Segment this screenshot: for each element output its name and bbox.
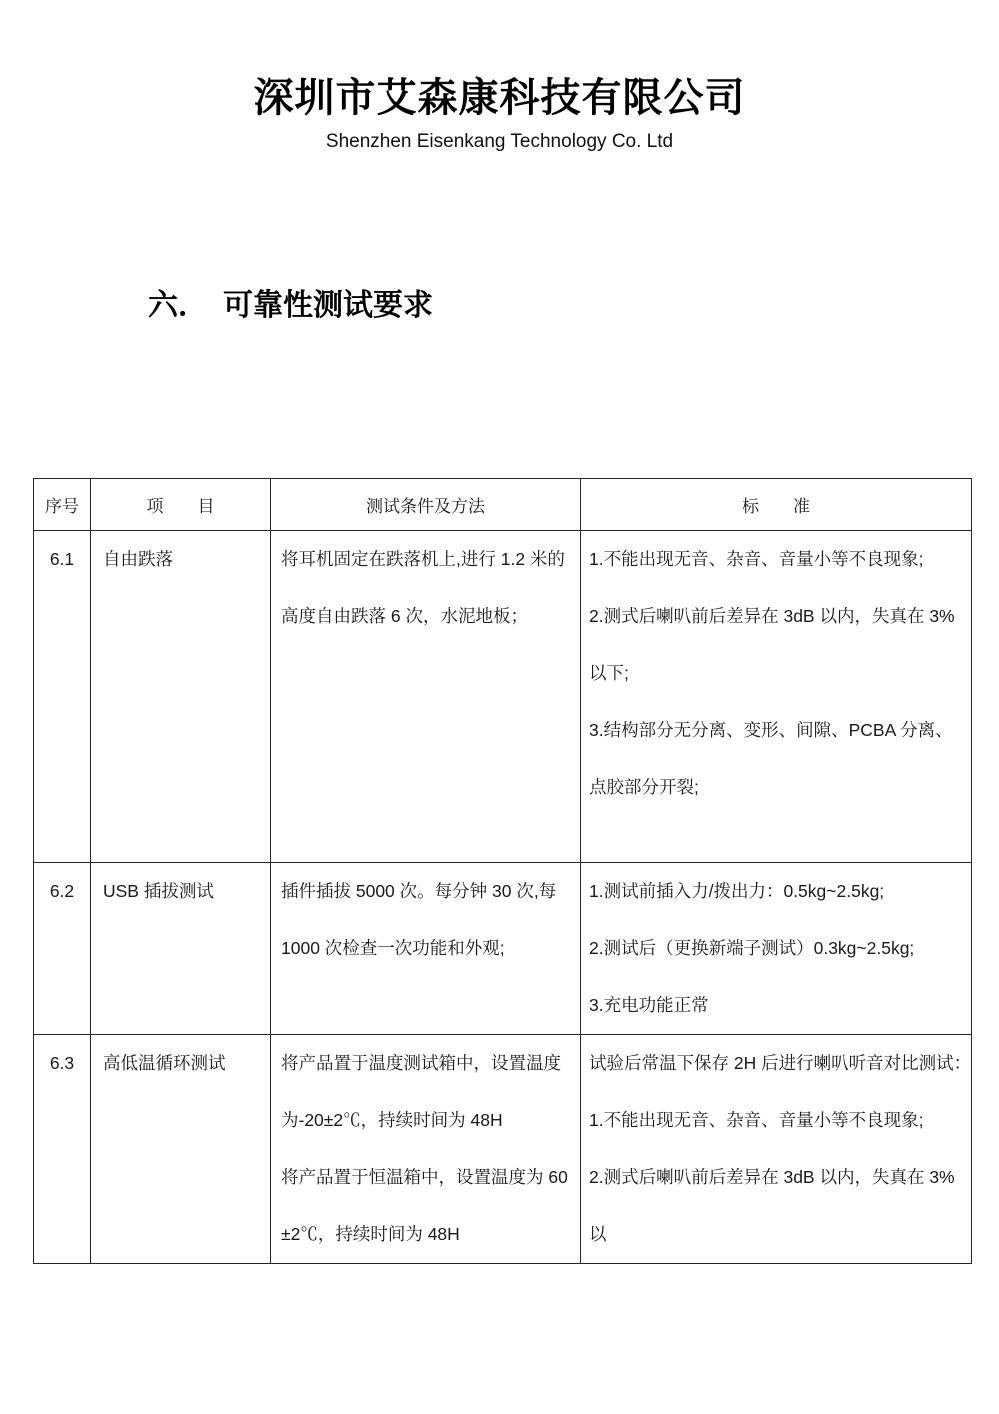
document-page: { "header": { "company_name_zh": "深圳市艾森康… <box>0 0 999 1414</box>
cell-method: 插件插拔 5000 次。每分钟 30 次,每 1000 次检查一次功能和外观; <box>271 863 581 1035</box>
table-row: 6.1 自由跌落 将耳机固定在跌落机上,进行 1.2 米的 高度自由跌落 6 次… <box>34 531 972 863</box>
test-item-label: 高低温循环测试 <box>103 1035 270 1092</box>
test-item-label: 自由跌落 <box>103 531 270 588</box>
text-line: 以下; <box>589 645 971 702</box>
table-header-row: 序号 项 目 测试条件及方法 标 准 <box>34 479 972 531</box>
column-header-standard: 标 准 <box>581 479 972 531</box>
cell-standard: 1.不能出现无音、杂音、音量小等不良现象; 2.测式后喇叭前后差异在 3dB 以… <box>581 531 972 863</box>
column-header-method: 测试条件及方法 <box>271 479 581 531</box>
text-line: 点胶部分开裂; <box>589 759 971 816</box>
section-heading: 六． 可靠性测试要求 <box>148 280 433 324</box>
text-line: 2.测式后喇叭前后差异在 3dB 以内，失真在 3% <box>589 588 971 645</box>
text-line: 将耳机固定在跌落机上,进行 1.2 米的 <box>281 531 580 588</box>
cell-method: 将耳机固定在跌落机上,进行 1.2 米的 高度自由跌落 6 次，水泥地板； <box>271 531 581 863</box>
text-line: 2.测式后喇叭前后差异在 3dB 以内，失真在 3% <box>589 1149 971 1206</box>
row-number: 6.3 <box>34 1035 90 1092</box>
cell-item: 高低温循环测试 <box>91 1035 271 1264</box>
row-number: 6.1 <box>34 531 90 588</box>
cell-item: 自由跌落 <box>91 531 271 863</box>
column-header-item: 项 目 <box>91 479 271 531</box>
text-line: 1.测试前插入力/拨出力：0.5kg~2.5kg; <box>589 863 971 920</box>
text-line: 以 <box>589 1206 971 1263</box>
text-line: 1.不能出现无音、杂音、音量小等不良现象; <box>589 1092 971 1149</box>
column-header-no: 序号 <box>34 479 91 531</box>
text-line: ±2℃，持续时间为 48H <box>281 1206 580 1263</box>
table-row: 6.2 USB 插拔测试 插件插拔 5000 次。每分钟 30 次,每 1000… <box>34 863 972 1035</box>
text-line: 2.测试后（更换新端子测试）0.3kg~2.5kg; <box>589 920 971 977</box>
text-line: 插件插拔 5000 次。每分钟 30 次,每 <box>281 863 580 920</box>
cell-standard: 1.测试前插入力/拨出力：0.5kg~2.5kg; 2.测试后（更换新端子测试）… <box>581 863 972 1035</box>
text-line: 3.充电功能正常 <box>589 977 971 1034</box>
table-row: 6.3 高低温循环测试 将产品置于温度测试箱中，设置温度 为-20±2℃，持续时… <box>34 1035 972 1264</box>
test-item-label: USB 插拔测试 <box>103 863 270 920</box>
text-line: 1.不能出现无音、杂音、音量小等不良现象; <box>589 531 971 588</box>
text-line: 高度自由跌落 6 次，水泥地板； <box>281 588 580 645</box>
company-title-zh: 深圳市艾森康科技有限公司 <box>0 66 999 123</box>
cell-method: 将产品置于温度测试箱中，设置温度 为-20±2℃，持续时间为 48H 将产品置于… <box>271 1035 581 1264</box>
text-line: 1000 次检查一次功能和外观; <box>281 920 580 977</box>
company-title-en: Shenzhen Eisenkang Technology Co. Ltd <box>0 131 999 153</box>
reliability-test-table: 序号 项 目 测试条件及方法 标 准 6.1 自由跌落 将耳机固定在跌落机上,进… <box>33 478 972 1264</box>
text-line: 试验后常温下保存 2H 后进行喇叭听音对比测试： <box>589 1035 971 1092</box>
text-line: 为-20±2℃，持续时间为 48H <box>281 1092 580 1149</box>
text-line: 3.结构部分无分离、变形、间隙、PCBA 分离、 <box>589 702 971 759</box>
row-number: 6.2 <box>34 863 90 920</box>
cell-standard: 试验后常温下保存 2H 后进行喇叭听音对比测试： 1.不能出现无音、杂音、音量小… <box>581 1035 972 1264</box>
text-line: 将产品置于温度测试箱中，设置温度 <box>281 1035 580 1092</box>
cell-no: 6.3 <box>34 1035 91 1264</box>
cell-item: USB 插拔测试 <box>91 863 271 1035</box>
text-line: 将产品置于恒温箱中，设置温度为 60 <box>281 1149 580 1206</box>
cell-no: 6.2 <box>34 863 91 1035</box>
cell-no: 6.1 <box>34 531 91 863</box>
